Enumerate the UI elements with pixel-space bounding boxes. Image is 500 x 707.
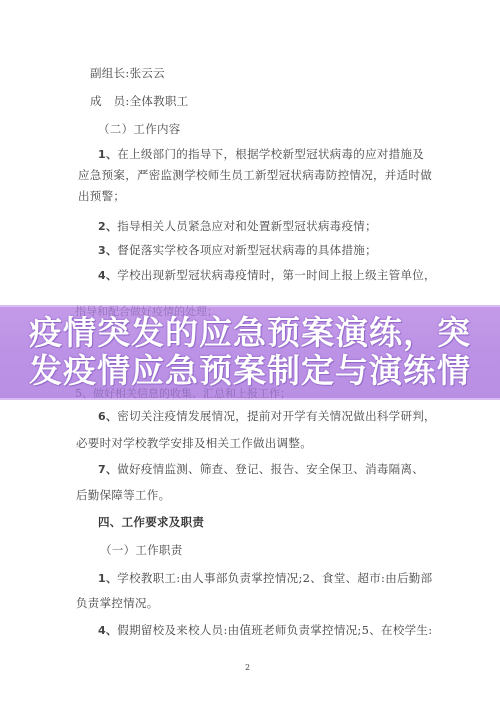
item-number: 6、	[98, 410, 117, 423]
line-text: 副组长:张云云	[90, 66, 165, 80]
banner-title-line-2: 发疫情应急预案制定与演练情	[0, 352, 500, 390]
line-text: 出预警；	[78, 189, 125, 203]
paragraph-line: 7、做好疫情监测、筛查、登记、报告、安全保卫、消毒隔离、	[98, 462, 424, 477]
section-heading: 四、工作要求及职责	[98, 515, 204, 529]
line-text: 指导相关人员紧急应对和处置新型冠状病毒疫情；	[117, 219, 377, 233]
paragraph-line: 6、密切关注疫情发展情况，提前对开学有关情况做出科学研判，	[98, 409, 436, 424]
paragraph-line: 1、在上级部门的指导下，根据学校新型冠状病毒的应对措施及	[98, 147, 424, 162]
line-text: （二）工作内容	[98, 122, 181, 136]
line-text: 督促落实学校各项应对新型冠状病毒的具体措施；	[117, 243, 377, 257]
line-text: 密切关注疫情发展情况，提前对开学有关情况做出科学研判，	[117, 409, 436, 423]
paragraph-line: 2、指导相关人员紧急应对和处置新型冠状病毒疫情；	[98, 219, 377, 234]
page-number: 2	[245, 663, 250, 672]
line-text: 学校教职工:由人事部负责掌控情况;2、食堂、超市:由后勤部	[117, 571, 432, 585]
line-text: 后勤保障等工作。	[76, 488, 170, 502]
subsection-heading: （二）工作内容	[98, 122, 181, 136]
line-text: 假期留校及来校人员:由值班老师负责掌控情况;5、在校学生:	[117, 623, 432, 637]
paragraph-line: 应急预案，严密监测学校师生员工新型冠状病毒防控情况，并适时做	[78, 168, 432, 182]
item-number: 1、	[98, 572, 117, 585]
item-number: 7、	[98, 463, 117, 476]
paragraph-line: 1、学校教职工:由人事部负责掌控情况;2、食堂、超市:由后勤部	[98, 571, 432, 586]
banner-title-line-1: 疫情突发的应急预案演练，突	[0, 314, 500, 352]
paragraph-line: 4、假期留校及来校人员:由值班老师负责掌控情况;5、在校学生:	[98, 623, 432, 638]
line-text: 在上级部门的指导下，根据学校新型冠状病毒的应对措施及	[117, 147, 424, 161]
line-text: 做好疫情监测、筛查、登记、报告、安全保卫、消毒隔离、	[117, 462, 424, 476]
line-text: 四、工作要求及职责	[98, 515, 204, 529]
paragraph-line: 3、督促落实学校各项应对新型冠状病毒的具体措施；	[98, 243, 377, 258]
paragraph-line: 4、学校出现新型冠状病毒疫情时，第一时间上报上级主管单位，	[98, 268, 436, 283]
line-text: 学校出现新型冠状病毒疫情时，第一时间上报上级主管单位，	[117, 268, 436, 282]
subsection-heading: （一）工作职责	[100, 543, 183, 557]
item-number: 2、	[98, 220, 117, 233]
item-number: 1、	[98, 148, 117, 161]
line-text: 应急预案，严密监测学校师生员工新型冠状病毒防控情况，并适时做	[78, 168, 432, 182]
line-text: 必要时对学校教学安排及相关工作做出调整。	[76, 436, 312, 450]
line-text: 负责掌控情况。	[76, 596, 159, 610]
paragraph-line: 必要时对学校教学安排及相关工作做出调整。	[76, 436, 312, 450]
line-text: 成 员:全体教职工	[90, 94, 189, 108]
item-number: 4、	[98, 269, 117, 282]
members-line: 成 员:全体教职工	[90, 94, 189, 108]
line-text: （一）工作职责	[100, 543, 183, 557]
paragraph-line: 出预警；	[78, 189, 125, 203]
paragraph-line: 负责掌控情况。	[76, 596, 159, 610]
title-banner: 指导和配合做好疫情的处理； 5、做好相关信息的收集、汇总和上报工作； 疫情突发的…	[0, 305, 500, 400]
item-number: 3、	[98, 244, 117, 257]
item-number: 4、	[98, 624, 117, 637]
deputy-leader-line: 副组长:张云云	[90, 66, 165, 80]
paragraph-line: 后勤保障等工作。	[76, 488, 170, 502]
